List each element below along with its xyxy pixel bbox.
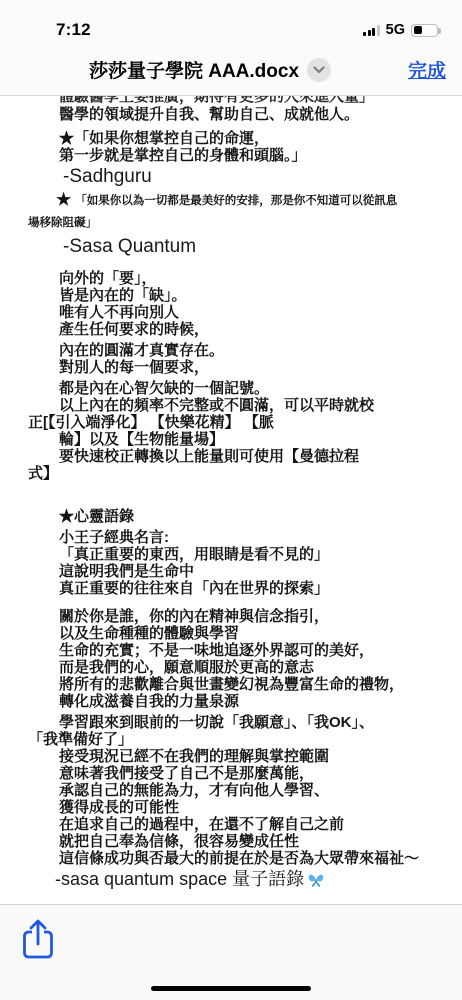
doc-line: 以上內在的頻率不完整或不圓滿，可以平時就校 bbox=[0, 397, 462, 414]
doc-gap bbox=[0, 259, 462, 270]
doc-line: 就把自己奉為信條，很容易變成任性 bbox=[0, 833, 462, 850]
doc-line: 第一步就是掌控自己的身體和頭腦。」 bbox=[0, 147, 462, 164]
share-button[interactable] bbox=[18, 915, 58, 963]
doc-line: 要快速校正轉換以上能量則可使用【曼德拉程 bbox=[0, 448, 462, 465]
doc-line: -sasa quantum space 量子語錄 bbox=[0, 867, 462, 894]
doc-line: 轉化成滋養自我的力量泉源 bbox=[0, 693, 462, 710]
doc-line: 正[【引入端淨化】 【快樂花精】 【脈 bbox=[0, 414, 462, 431]
document-lines: 體驗醫學上要推廣，期待有更多的人來進入量」醫學的領域提升自我、幫助自己、成就他人… bbox=[0, 96, 462, 894]
doc-line: 生命的充實；不是一味地追逐外界認可的美好， bbox=[0, 642, 462, 659]
doc-line: 在追求自己的過程中，在還不了解自己之前 bbox=[0, 816, 462, 833]
doc-line: 內在的圓滿才真實存在。 bbox=[0, 342, 462, 359]
phone-screen: 7:12 5G 莎莎量子學院 AAA.docx 完成 體驗醫學上要推廣，期待有更… bbox=[0, 0, 462, 1000]
doc-line: 承認自己的無能為力，才有向他人學習、 bbox=[0, 782, 462, 799]
doc-line: 式】 bbox=[0, 465, 462, 482]
doc-line: 向外的「要」， bbox=[0, 270, 462, 287]
doc-line: 輪】以及【生物能量場】 bbox=[0, 431, 462, 448]
doc-line: 皆是內在的「缺」。 bbox=[0, 287, 462, 304]
star-icon: ★ bbox=[56, 190, 71, 209]
bottom-toolbar bbox=[0, 904, 462, 1000]
doc-line: -Sasa Quantum bbox=[0, 234, 462, 259]
doc-line: 「我準備好了」 bbox=[0, 731, 462, 748]
home-indicator[interactable] bbox=[151, 986, 311, 991]
doc-line: 這信條成功與否最大的前提在於是否為大眾帶來福祉～ bbox=[0, 850, 462, 867]
doc-line: 而是我們的心，願意順服於更高的意志 bbox=[0, 659, 462, 676]
doc-line: 場移除阻礙」 bbox=[0, 212, 462, 234]
doc-line: 獲得成長的可能性 bbox=[0, 799, 462, 816]
doc-line: 這說明我們是生命中 bbox=[0, 563, 462, 580]
doc-line: ★「如果你以為一切都是最美好的安排，那是你不知道可以從訊息 bbox=[0, 189, 462, 212]
chevron-down-icon bbox=[313, 66, 325, 74]
doc-gap bbox=[0, 482, 462, 508]
doc-gap bbox=[0, 597, 462, 608]
title-bar: 莎莎量子學院 AAA.docx 完成 bbox=[0, 50, 462, 96]
doc-line: 小王子經典名言: bbox=[0, 529, 462, 546]
status-icons: 5G bbox=[363, 22, 438, 38]
clock: 7:12 bbox=[56, 20, 91, 40]
share-icon bbox=[20, 917, 56, 961]
doc-line: 都是內在心智欠缺的一個記號。 bbox=[0, 380, 462, 397]
doc-line: 以及生命種種的體驗與學習 bbox=[0, 625, 462, 642]
doc-line: 產生任何要求的時候， bbox=[0, 321, 462, 338]
doc-line: -Sadhguru bbox=[0, 164, 462, 189]
title-group: 莎莎量子學院 AAA.docx bbox=[16, 56, 404, 83]
doc-line: ★「如果你想掌控自己的命運， bbox=[0, 130, 462, 147]
doc-line: 醫學的領域提升自我、幫助自己、成就他人。 bbox=[0, 106, 462, 123]
network-type-label: 5G bbox=[386, 22, 405, 38]
doc-line: 唯有人不再向別人 bbox=[0, 304, 462, 321]
doc-line: 接受現況已經不在我們的理解與掌控範圍 bbox=[0, 748, 462, 765]
battery-icon bbox=[411, 24, 438, 37]
doc-line: 「真正重要的東西，用眼睛是看不見的」 bbox=[0, 546, 462, 563]
title-dropdown-button[interactable] bbox=[307, 58, 331, 82]
doc-line: 對別人的每一個要求， bbox=[0, 359, 462, 376]
document-view[interactable]: 體驗醫學上要推廣，期待有更多的人來進入量」醫學的領域提升自我、幫助自己、成就他人… bbox=[0, 96, 462, 904]
butterfly-icon bbox=[307, 870, 325, 894]
doc-line: 真正重要的往往來自「內在世界的探索」 bbox=[0, 580, 462, 597]
document-title: 莎莎量子學院 AAA.docx bbox=[89, 56, 299, 83]
doc-line: ★心靈語錄 bbox=[0, 508, 462, 525]
doc-line: 學習跟來到眼前的一切說「我願意」、「我OK」、 bbox=[0, 714, 462, 731]
doc-line: 將所有的悲歡離合與世畫變幻視為豐富生命的禮物， bbox=[0, 676, 462, 693]
done-button[interactable]: 完成 bbox=[404, 56, 446, 83]
doc-line: 意味著我們接受了自己不是那麼萬能， bbox=[0, 765, 462, 782]
signal-bars-icon bbox=[363, 25, 380, 36]
doc-line: 關於你是誰，你的內在精神與信念指引， bbox=[0, 608, 462, 625]
doc-line: 體驗醫學上要推廣，期待有更多的人來進入量」 bbox=[0, 96, 462, 106]
doc-gap bbox=[0, 123, 462, 130]
status-bar: 7:12 5G bbox=[0, 0, 462, 50]
